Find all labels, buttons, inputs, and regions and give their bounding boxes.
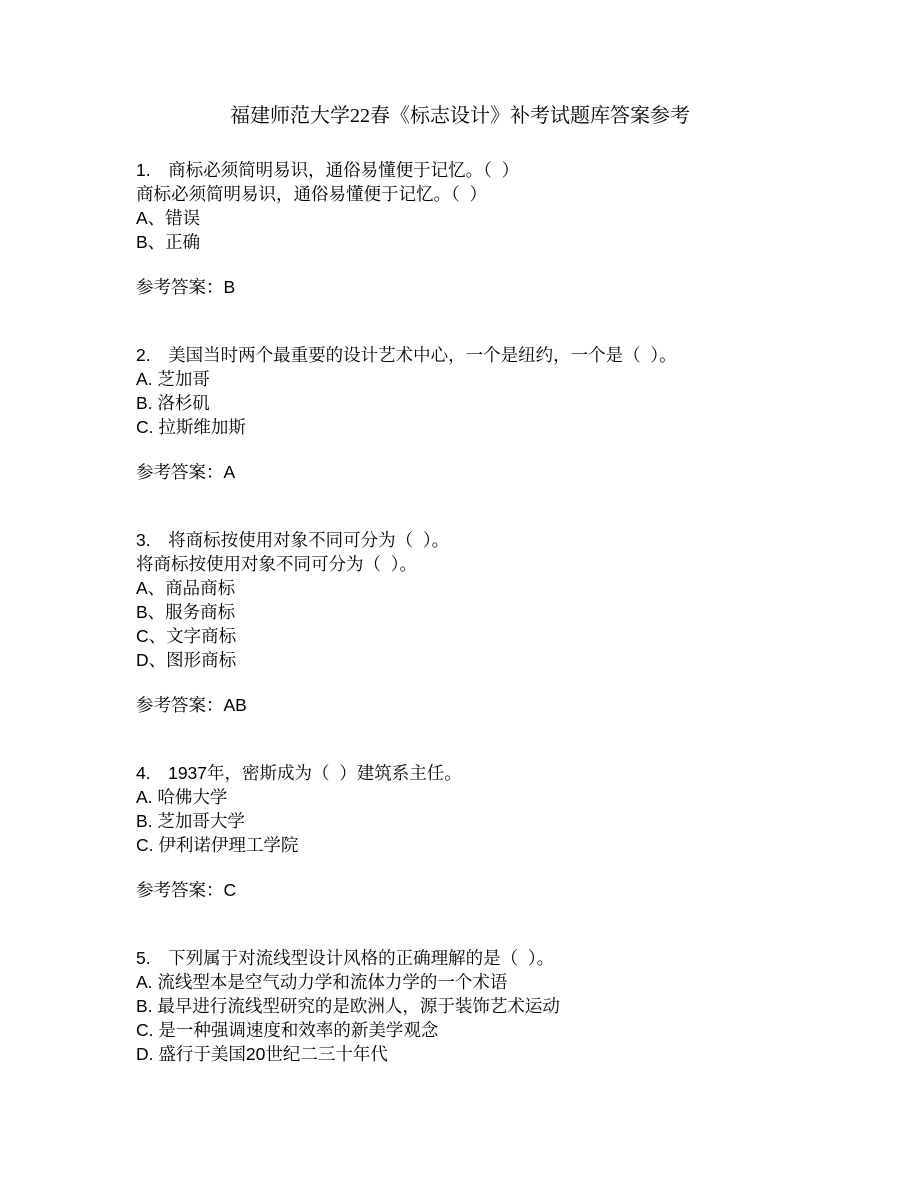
question-line: A. 芝加哥	[136, 367, 784, 391]
question-block: 4. 1937年，密斯成为（ ）建筑系主任。A. 哈佛大学B. 芝加哥大学C. …	[136, 761, 784, 902]
questions-container: 1. 商标必须简明易识，通俗易懂便于记忆。（ ）商标必须简明易识，通俗易懂便于记…	[136, 158, 784, 1066]
question-block: 5. 下列属于对流线型设计风格的正确理解的是（ ）。A. 流线型本是空气动力学和…	[136, 946, 784, 1066]
question-line: A. 哈佛大学	[136, 785, 784, 809]
question-line: 3. 将商标按使用对象不同可分为（ ）。	[136, 528, 784, 552]
question-line: D、图形商标	[136, 648, 784, 672]
question-line: 5. 下列属于对流线型设计风格的正确理解的是（ ）。	[136, 946, 784, 970]
question-line: 2. 美国当时两个最重要的设计艺术中心，一个是纽约，一个是（ ）。	[136, 343, 784, 367]
document-page: 福建师范大学22春《标志设计》补考试题库答案参考 1. 商标必须简明易识，通俗易…	[0, 0, 920, 1191]
question-line: C. 是一种强调速度和效率的新美学观念	[136, 1018, 784, 1042]
answer-line: 参考答案：AB	[136, 693, 784, 717]
doc-title: 福建师范大学22春《标志设计》补考试题库答案参考	[136, 103, 784, 129]
answer-line: 参考答案：C	[136, 878, 784, 902]
question-line: B、服务商标	[136, 600, 784, 624]
question-line: B. 洛杉矶	[136, 391, 784, 415]
question-line: 将商标按使用对象不同可分为（ ）。	[136, 552, 784, 576]
answer-line: 参考答案：A	[136, 460, 784, 484]
question-line: C、文字商标	[136, 624, 784, 648]
question-line: 商标必须简明易识，通俗易懂便于记忆。（ ）	[136, 182, 784, 206]
answer-line: 参考答案：B	[136, 275, 784, 299]
question-line: A. 流线型本是空气动力学和流体力学的一个术语	[136, 970, 784, 994]
question-block: 1. 商标必须简明易识，通俗易懂便于记忆。（ ）商标必须简明易识，通俗易懂便于记…	[136, 158, 784, 299]
question-line: 1. 商标必须简明易识，通俗易懂便于记忆。（ ）	[136, 158, 784, 182]
question-block: 2. 美国当时两个最重要的设计艺术中心，一个是纽约，一个是（ ）。A. 芝加哥B…	[136, 343, 784, 484]
question-line: B. 芝加哥大学	[136, 809, 784, 833]
question-lines: 1. 商标必须简明易识，通俗易懂便于记忆。（ ）商标必须简明易识，通俗易懂便于记…	[136, 158, 784, 254]
question-lines: 2. 美国当时两个最重要的设计艺术中心，一个是纽约，一个是（ ）。A. 芝加哥B…	[136, 343, 784, 439]
document-content: 福建师范大学22春《标志设计》补考试题库答案参考 1. 商标必须简明易识，通俗易…	[0, 0, 920, 1066]
question-line: 4. 1937年，密斯成为（ ）建筑系主任。	[136, 761, 784, 785]
question-line: C. 伊利诺伊理工学院	[136, 833, 784, 857]
question-line: D. 盛行于美国20世纪二三十年代	[136, 1042, 784, 1066]
question-line: C. 拉斯维加斯	[136, 415, 784, 439]
question-lines: 5. 下列属于对流线型设计风格的正确理解的是（ ）。A. 流线型本是空气动力学和…	[136, 946, 784, 1066]
question-line: B、正确	[136, 230, 784, 254]
question-lines: 3. 将商标按使用对象不同可分为（ ）。将商标按使用对象不同可分为（ ）。A、商…	[136, 528, 784, 672]
question-lines: 4. 1937年，密斯成为（ ）建筑系主任。A. 哈佛大学B. 芝加哥大学C. …	[136, 761, 784, 857]
question-block: 3. 将商标按使用对象不同可分为（ ）。将商标按使用对象不同可分为（ ）。A、商…	[136, 528, 784, 717]
question-line: A、错误	[136, 206, 784, 230]
question-line: A、商品商标	[136, 576, 784, 600]
question-line: B. 最早进行流线型研究的是欧洲人，源于装饰艺术运动	[136, 994, 784, 1018]
